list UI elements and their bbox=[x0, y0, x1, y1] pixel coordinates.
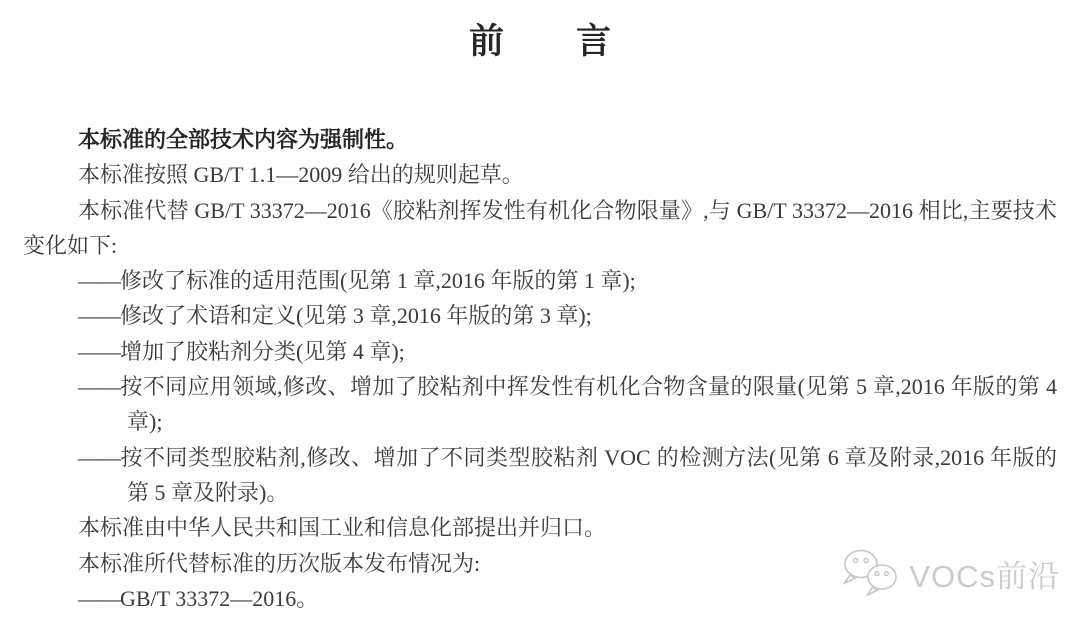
list-item: ——增加了胶粘剂分类(见第 4 章); bbox=[23, 334, 1057, 369]
title-char-1: 前 bbox=[469, 22, 504, 62]
dash-prefix: —— bbox=[78, 268, 120, 293]
paragraph: 本标准由中华人民共和国工业和信息化部提出并归口。 bbox=[23, 510, 1057, 545]
page-title: 前 言 bbox=[0, 22, 1080, 62]
dash-prefix: —— bbox=[78, 374, 120, 399]
paragraph: 本标准按照 GB/T 1.1—2009 给出的规则起草。 bbox=[23, 157, 1057, 192]
watermark-text: VOCs前沿 bbox=[909, 551, 1060, 596]
list-item: ——修改了标准的适用范围(见第 1 章,2016 年版的第 1 章); bbox=[23, 263, 1057, 298]
title-char-2: 言 bbox=[576, 22, 611, 62]
dash-prefix: —— bbox=[78, 303, 120, 328]
paragraph: 本标准的全部技术内容为强制性。 bbox=[23, 122, 1057, 157]
document-body: 本标准的全部技术内容为强制性。本标准按照 GB/T 1.1—2009 给出的规则… bbox=[23, 122, 1057, 616]
wechat-icon bbox=[838, 547, 904, 599]
paragraph: 本标准代替 GB/T 33372—2016《胶粘剂挥发性有机化合物限量》,与 G… bbox=[23, 193, 1057, 264]
list-item: ——按不同类型胶粘剂,修改、增加了不同类型胶粘剂 VOC 的检测方法(见第 6 … bbox=[23, 440, 1057, 511]
document-page: 前 言 本标准的全部技术内容为强制性。本标准按照 GB/T 1.1—2009 给… bbox=[0, 0, 1080, 627]
dash-prefix: —— bbox=[78, 586, 120, 611]
list-item: ——按不同应用领域,修改、增加了胶粘剂中挥发性有机化合物含量的限量(见第 5 章… bbox=[23, 369, 1057, 440]
dash-prefix: —— bbox=[78, 339, 120, 364]
list-item: ——修改了术语和定义(见第 3 章,2016 年版的第 3 章); bbox=[23, 298, 1057, 333]
dash-prefix: —— bbox=[78, 445, 120, 470]
watermark: VOCs前沿 bbox=[838, 547, 1060, 599]
